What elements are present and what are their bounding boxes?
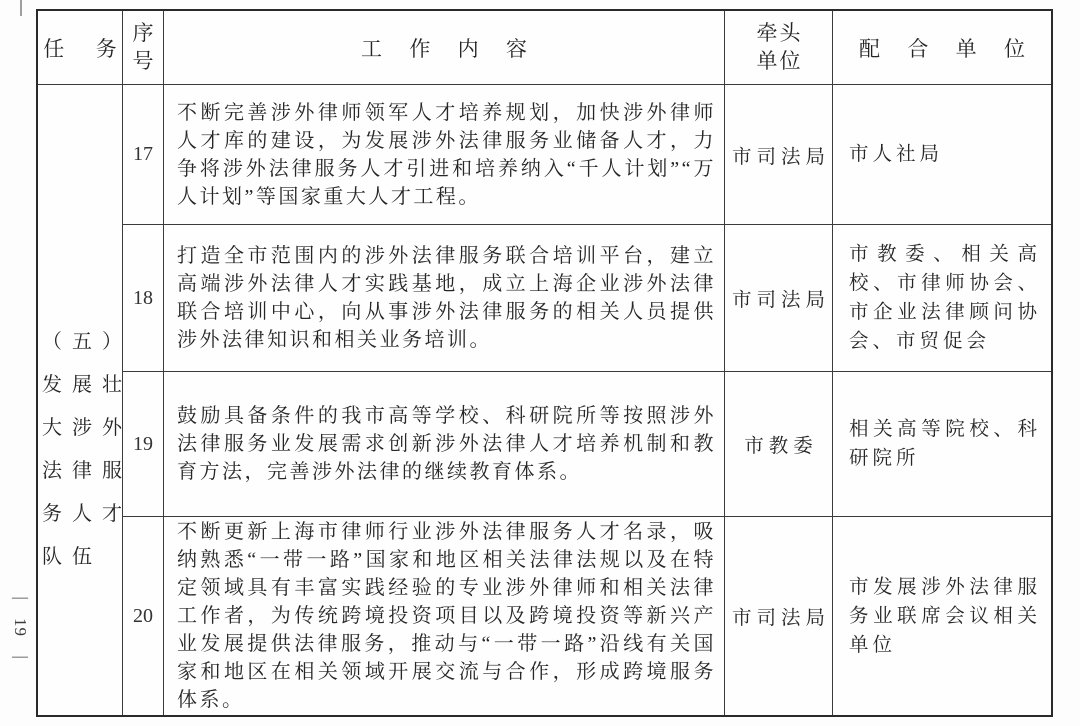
row-work-content-text: 鼓励具备条件的我市高等学校、科研院所等按照涉外法律服务业发展需求创新涉外法律人才… <box>177 402 716 486</box>
row-work-content: 不断更新上海市律师行业涉外法律服务人才名录，吸纳熟悉“一带一路”国家和地区相关法… <box>164 517 725 715</box>
row-partner-units-text: 市人社局 <box>849 140 1041 169</box>
header-work-content-label: 工作内容 <box>361 33 554 63</box>
row-partner-units-text: 市教委、相关高校、市律师协会、市企业法律顾问协会、市贸促会 <box>849 240 1041 356</box>
header-partner-units-label: 配合单位 <box>859 33 1051 63</box>
page-number-value: 19 <box>12 618 29 637</box>
task-group-cell: （五） 发展壮 大涉外 法律服 务人才 队伍 <box>38 85 123 715</box>
header-serial-no-label: 序号 <box>130 20 155 75</box>
row-work-content-text: 不断更新上海市律师行业涉外法律服务人才名录，吸纳熟悉“一带一路”国家和地区相关法… <box>177 518 716 714</box>
page-number-dash-top: — <box>12 590 28 606</box>
task-group-line: 队伍 <box>42 536 123 579</box>
row-work-content: 不断完善涉外律师领军人才培养规划，加快涉外律师人才库的建设，为发展涉外法律服务业… <box>164 85 725 225</box>
row-partner-units: 市发展涉外法律服务业联席会议相关单位 <box>833 517 1051 715</box>
task-group-line: 发展壮 <box>42 364 123 407</box>
row-lead-unit: 市司法局 <box>725 517 833 715</box>
row-lead-unit-text: 市教委 <box>744 430 818 458</box>
row-lead-unit-text: 市司法局 <box>732 284 830 312</box>
row-serial-no: 18 <box>123 225 164 372</box>
header-partner-units: 配合单位 <box>833 11 1051 85</box>
header-task: 任务 <box>38 11 123 85</box>
work-plan-table: 任务 序号 工作内容 牵头单位 配合单位 （五） 发展壮 大涉外 法律服 务人才… <box>36 9 1053 717</box>
row-lead-unit: 市司法局 <box>725 225 833 372</box>
row-serial-no: 17 <box>123 85 164 225</box>
row-lead-unit: 市教委 <box>725 372 833 517</box>
row-partner-units: 市教委、相关高校、市律师协会、市企业法律顾问协会、市贸促会 <box>833 225 1051 372</box>
task-group-line: 大涉外 <box>42 407 123 450</box>
row-partner-units: 相关高等院校、科研院所 <box>833 372 1051 517</box>
page-number: — 19 — <box>6 590 34 665</box>
task-group-line: 法律服 <box>42 450 123 493</box>
row-partner-units-text: 相关高等院校、科研院所 <box>849 415 1041 473</box>
row-serial-no: 19 <box>123 372 164 517</box>
row-lead-unit: 市司法局 <box>725 85 833 225</box>
row-work-content: 鼓励具备条件的我市高等学校、科研院所等按照涉外法律服务业发展需求创新涉外法律人才… <box>164 372 725 517</box>
row-partner-units: 市人社局 <box>833 85 1051 225</box>
row-serial-no: 20 <box>123 517 164 715</box>
page-number-dash-bottom: — <box>12 649 28 665</box>
row-work-content-text: 不断完善涉外律师领军人才培养规划，加快涉外律师人才库的建设，为发展涉外法律服务业… <box>177 99 716 211</box>
row-lead-unit-text: 市司法局 <box>732 141 830 169</box>
task-group-line: （五） <box>42 321 123 364</box>
row-work-content-text: 打造全市范围内的涉外法律服务联合培训平台，建立高端涉外法律人才实践基地，成立上海… <box>177 242 716 354</box>
header-task-label: 任务 <box>43 33 123 63</box>
header-serial-no: 序号 <box>123 11 164 85</box>
row-work-content: 打造全市范围内的涉外法律服务联合培训平台，建立高端涉外法律人才实践基地，成立上海… <box>164 225 725 372</box>
row-lead-unit-text: 市司法局 <box>732 602 830 630</box>
header-lead-unit-label: 牵头单位 <box>756 20 802 75</box>
header-lead-unit: 牵头单位 <box>725 11 833 85</box>
row-partner-units-text: 市发展涉外法律服务业联席会议相关单位 <box>849 573 1041 660</box>
scan-artifact-line <box>20 0 22 16</box>
task-group-line: 务人才 <box>42 493 123 536</box>
header-work-content: 工作内容 <box>164 11 725 85</box>
